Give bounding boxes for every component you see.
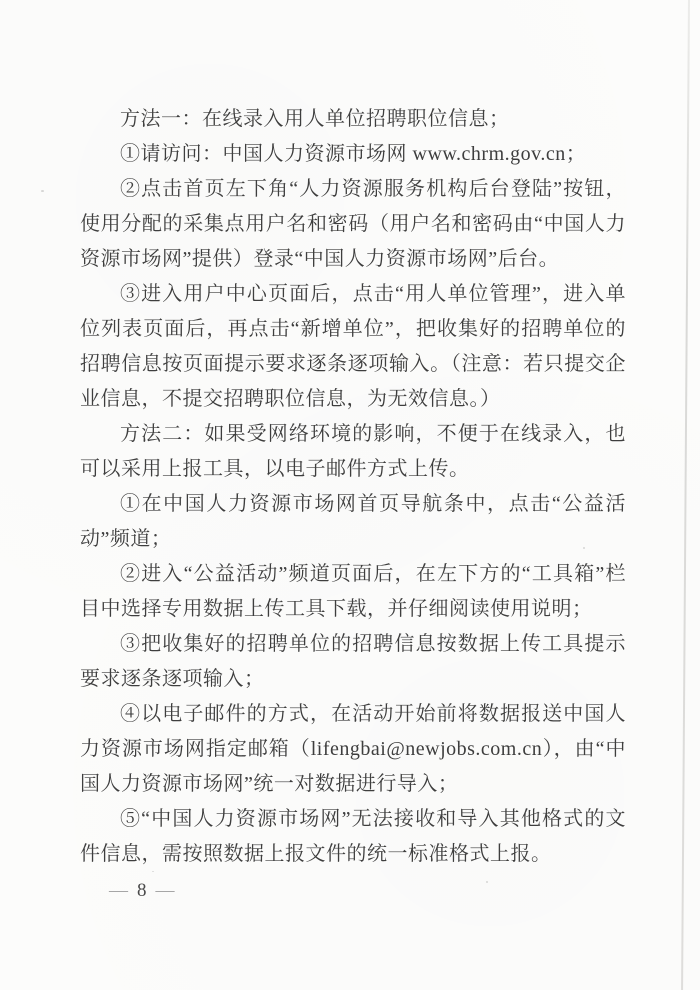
document-body: 方法一：在线录入用人单位招聘职位信息； ①请访问：中国人力资源市场网 www.c…: [80, 102, 626, 872]
page-number: —8—: [100, 876, 184, 906]
paragraph-m2-step2: ②进入“公益活动”频道页面后，在左下方的“工具箱”栏目中选择专用数据上传工具下载…: [80, 557, 626, 627]
paragraph-method2-title: 方法二：如果受网络环境的影响，不便于在线录入，也可以采用上报工具，以电子邮件方式…: [80, 417, 626, 487]
scan-speck: [152, 871, 154, 872]
paragraph-m2-step3: ③把收集好的招聘单位的招聘信息按数据上传工具提示要求逐条逐项输入；: [80, 627, 626, 697]
paragraph-m1-step3: ③进入用户中心页面后，点击“用人单位管理”，进入单位列表页面后，再点击“新增单位…: [80, 277, 626, 417]
page-number-dash-right: —: [156, 880, 175, 901]
page-number-value: 8: [137, 880, 147, 901]
paragraph-method1-title: 方法一：在线录入用人单位招聘职位信息；: [80, 102, 626, 137]
scan-speck: [583, 547, 585, 549]
paragraph-m1-step1: ①请访问：中国人力资源市场网 www.chrm.gov.cn；: [80, 137, 626, 172]
document-page: 方法一：在线录入用人单位招聘职位信息； ①请访问：中国人力资源市场网 www.c…: [0, 0, 700, 990]
page-number-dash-left: —: [109, 880, 128, 901]
paragraph-m1-step2: ②点击首页左下角“人力资源服务机构后台登陆”按钮，使用分配的采集点用户名和密码（…: [80, 172, 626, 277]
scan-edge-artifact: [681, 0, 690, 990]
scan-speck: [41, 190, 44, 192]
paragraph-m2-step1: ①在中国人力资源市场网首页导航条中，点击“公益活动”频道；: [80, 487, 626, 557]
scan-speck: [486, 881, 488, 883]
paragraph-m2-step4: ④以电子邮件的方式，在活动开始前将数据报送中国人力资源市场网指定邮箱（lifen…: [80, 697, 626, 802]
paragraph-m2-step5: ⑤“中国人力资源市场网”无法接收和导入其他格式的文件信息，需按照数据上报文件的统…: [80, 802, 626, 872]
